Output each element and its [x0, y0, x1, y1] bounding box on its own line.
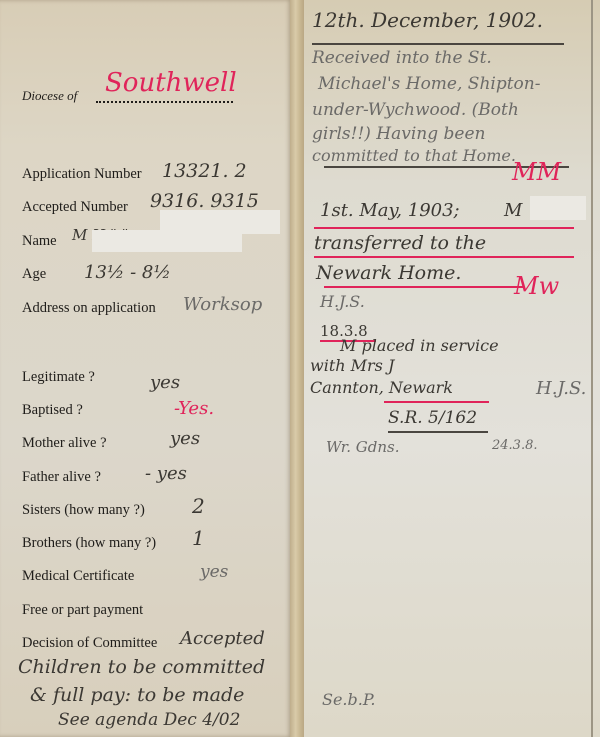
field-value-address: Worksop [183, 294, 262, 315]
redaction [92, 230, 242, 252]
field-value-legitimate: yes [150, 372, 180, 393]
field-value-application-number: 13321. 2 [162, 160, 247, 182]
field-label-address: Address on application [22, 300, 156, 317]
entry2-initial: M [504, 200, 522, 221]
field-value-age: 13½ - 8½ [84, 262, 171, 283]
notes-page-right: 12th. December, 1902. Received into the … [304, 0, 600, 737]
underline [312, 43, 564, 45]
field-label-baptised: Baptised ? [22, 402, 83, 419]
field-value-mother-alive: yes [170, 428, 200, 449]
entry3-line: M placed in service [340, 336, 499, 355]
field-label-age: Age [22, 266, 46, 283]
footer-note: Wr. Gdns. [326, 438, 400, 456]
entry3-line: Cannton, Newark [310, 378, 453, 397]
entry2-line: Newark Home. [316, 262, 461, 284]
redaction [530, 196, 586, 220]
initials-pencil: H.J.S. [320, 292, 365, 311]
field-value-accepted-number: 9316. 9315 [150, 190, 259, 212]
field-label-accepted-number: Accepted Number [22, 199, 128, 216]
reference-number: S.R. 5/162 [388, 408, 477, 428]
entry2-date: 1st. May, 1903; [320, 200, 460, 221]
underline-red [384, 401, 489, 403]
decision-note-line: Children to be committed [18, 656, 265, 678]
initials-red: MM [512, 158, 561, 186]
entry2-line: transferred to the [314, 232, 486, 254]
initials-red: Mw [514, 272, 559, 300]
underline-red [314, 256, 574, 258]
entry1-line: Received into the St. [312, 48, 492, 68]
decision-note-line: See agenda Dec 4/02 [58, 710, 240, 730]
field-value-brothers: 1 [192, 526, 205, 550]
entry1-line: under-Wychwood. (Both [312, 100, 519, 120]
diocese-value: Southwell [105, 68, 237, 98]
diocese-label: Diocese of [22, 88, 77, 104]
initials-pencil: H.J.S. [536, 378, 586, 399]
page-fold [290, 0, 304, 737]
field-label-application-number: Application Number [22, 166, 142, 183]
signature-bottom: Se.b.P. [322, 690, 375, 709]
field-label-brothers: Brothers (how many ?) [22, 535, 156, 552]
field-label-legitimate: Legitimate ? [22, 369, 95, 386]
form-page-left: Diocese of Southwell Application Number … [0, 0, 292, 737]
field-value-father-alive: - yes [145, 463, 187, 484]
underline-red [324, 286, 524, 288]
field-label-decision: Decision of Committee [22, 635, 157, 652]
field-label-mother-alive: Mother alive ? [22, 435, 107, 452]
underline-red [314, 227, 574, 229]
field-value-medical-certificate: yes [200, 562, 228, 582]
field-label-medical-certificate: Medical Certificate [22, 568, 134, 585]
decision-note-line: & full pay: to be made [30, 684, 244, 706]
page-edge [591, 0, 593, 737]
field-value-sisters: 2 [192, 494, 205, 518]
field-label-sisters: Sisters (how many ?) [22, 502, 145, 519]
diocese-dotted-line [96, 101, 233, 103]
entry1-line: committed to that Home. [312, 146, 516, 165]
footer-date: 24.3.8. [492, 438, 537, 453]
field-value-baptised: -Yes. [174, 398, 214, 419]
entry1-date: 12th. December, 1902. [312, 8, 543, 32]
field-label-father-alive: Father alive ? [22, 469, 101, 486]
field-value-decision: Accepted [180, 628, 265, 649]
entry1-line: Michael's Home, Shipton- [318, 74, 540, 94]
entry3-line: with Mrs J [310, 356, 394, 375]
underline [388, 431, 488, 433]
field-label-name: Name [22, 233, 57, 250]
field-label-payment: Free or part payment [22, 602, 143, 619]
entry1-line: girls!!) Having been [312, 124, 486, 144]
